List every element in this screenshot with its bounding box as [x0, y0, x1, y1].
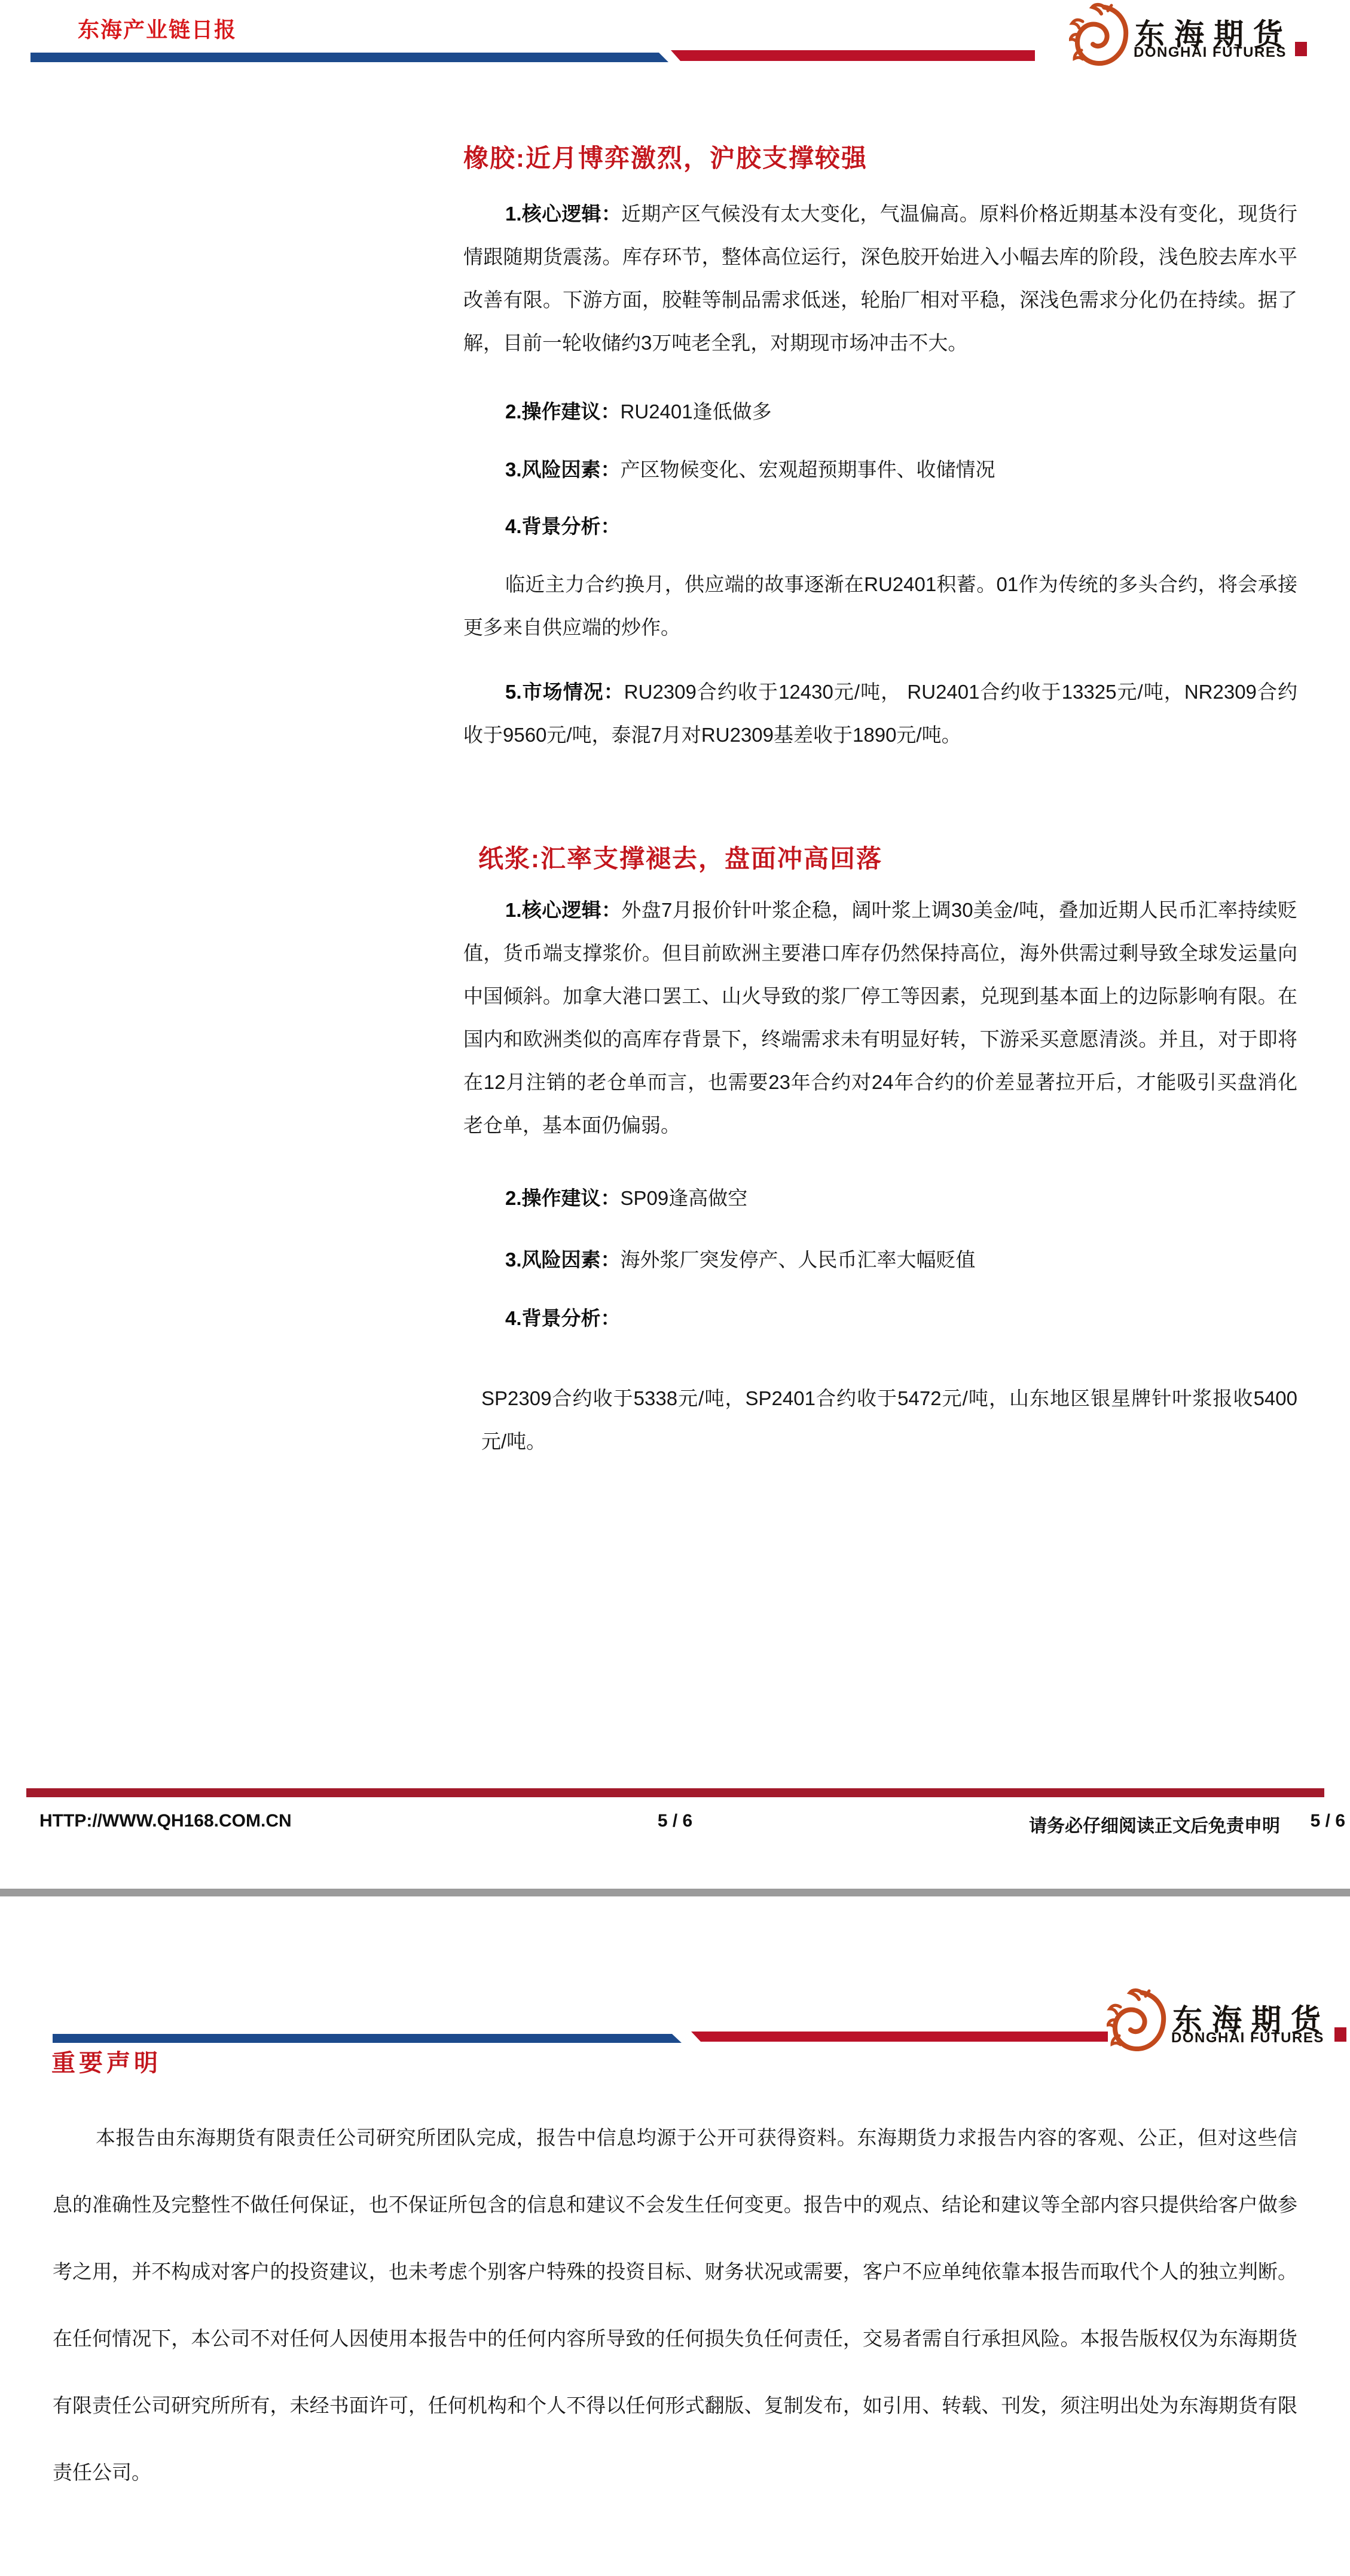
- paragraph-text: RU2401逢低做多: [621, 400, 772, 423]
- paragraph-text: 近期产区气候没有太大变化，气温偏高。原料价格近期基本没有变化，现货行情跟随期货震…: [463, 203, 1297, 354]
- footer-page-number-right: 5 / 6: [1311, 1811, 1345, 1831]
- paragraph-label: 2.操作建议：: [505, 1187, 621, 1209]
- header-divider-red: [671, 50, 1035, 61]
- page2-divider-blue: [53, 2034, 682, 2043]
- paragraph-label: 1.核心逻辑：: [505, 203, 621, 225]
- paragraph-text: 临近主力合约换月，供应端的故事逐渐在RU2401积蓄。01作为传统的多头合约，将…: [463, 573, 1297, 638]
- paragraph-text: 外盘7月报价针叶浆企稳，阔叶浆上调30美金/吨，叠加近期人民币汇率持续贬值，货币…: [463, 899, 1297, 1136]
- logo-company-name-en: DONGHAI FUTURES: [1134, 44, 1287, 61]
- disclaimer-body: 本报告由东海期货有限责任公司研究所团队完成，报告中信息均源于公开可获得资料。东海…: [53, 2104, 1297, 2506]
- paragraph-label: 3.风险因素：: [505, 1249, 621, 1271]
- section-title-pulp: 纸浆:汇率支撑褪去，盘面冲高回落: [478, 839, 882, 875]
- paragraph-label: 2.操作建议：: [505, 400, 621, 423]
- rubber-background-body-paragraph: 临近主力合约换月，供应端的故事逐渐在RU2401积蓄。01作为传统的多头合约，将…: [463, 563, 1297, 649]
- rubber-risk-factor-paragraph: 3.风险因素：产区物候变化、宏观超预期事件、收储情况: [463, 448, 1297, 491]
- logo-red-square: [1334, 2027, 1346, 2042]
- section-title-rubber: 橡胶:近月博弈激烈，沪胶支撑较强: [463, 139, 868, 175]
- paragraph-label: 1.核心逻辑：: [505, 899, 621, 921]
- paragraph-text: SP09逢高做空: [621, 1187, 748, 1209]
- dragon-logo-icon: [1107, 1988, 1168, 2052]
- pulp-core-logic-paragraph: 1.核心逻辑：外盘7月报价针叶浆企稳，阔叶浆上调30美金/吨，叠加近期人民币汇率…: [463, 889, 1297, 1147]
- paragraph-label: 4.背景分析：: [505, 1307, 621, 1329]
- paragraph-label: 3.风险因素：: [505, 458, 621, 481]
- footer-divider-bar: [26, 1788, 1324, 1797]
- footer-disclaimer-note: 请务必仔细阅读正文后免责申明: [1029, 1811, 1280, 1837]
- paragraph-text: 海外浆厂突发停产、人民币汇率大幅贬值: [621, 1249, 976, 1271]
- page-separator: [0, 1889, 1350, 1896]
- page2-divider-red: [691, 2032, 1108, 2042]
- rubber-core-logic-paragraph: 1.核心逻辑：近期产区气候没有太大变化，气温偏高。原料价格近期基本没有变化，现货…: [463, 192, 1297, 365]
- pulp-market-info-paragraph: SP2309合约收于5338元/吨，SP2401合约收于5472元/吨，山东地区…: [481, 1377, 1297, 1463]
- logo-company-name-en: DONGHAI FUTURES: [1171, 2030, 1324, 2046]
- pulp-operation-advice-paragraph: 2.操作建议：SP09逢高做空: [463, 1177, 1297, 1220]
- paragraph-text: SP2309合约收于5338元/吨，SP2401合约收于5472元/吨，山东地区…: [481, 1387, 1297, 1452]
- rubber-background-label-paragraph: 4.背景分析：: [463, 505, 1297, 548]
- paragraph-label: 5.市场情况：: [505, 681, 624, 703]
- header-divider-blue: [30, 53, 668, 62]
- paragraph-label: 4.背景分析：: [505, 515, 621, 537]
- rubber-operation-advice-paragraph: 2.操作建议：RU2401逢低做多: [463, 390, 1297, 433]
- paragraph-text: 产区物候变化、宏观超预期事件、收储情况: [621, 458, 995, 481]
- logo-red-square: [1295, 42, 1307, 56]
- important-notice-heading: 重要声明: [51, 2044, 161, 2078]
- dragon-logo-icon: [1069, 2, 1130, 67]
- report-document: 东海产业链日报 东海期货 DONGHAI FUTURES 橡胶:近月博弈激烈，沪…: [0, 0, 1350, 2576]
- report-series-title: 东海产业链日报: [78, 13, 237, 44]
- rubber-market-info-paragraph: 5.市场情况：RU2309合约收于12430元/吨， RU2401合约收于133…: [463, 671, 1297, 757]
- pulp-risk-factor-paragraph: 3.风险因素：海外浆厂突发停产、人民币汇率大幅贬值: [463, 1238, 1297, 1281]
- pulp-background-label-paragraph: 4.背景分析：: [463, 1297, 1297, 1340]
